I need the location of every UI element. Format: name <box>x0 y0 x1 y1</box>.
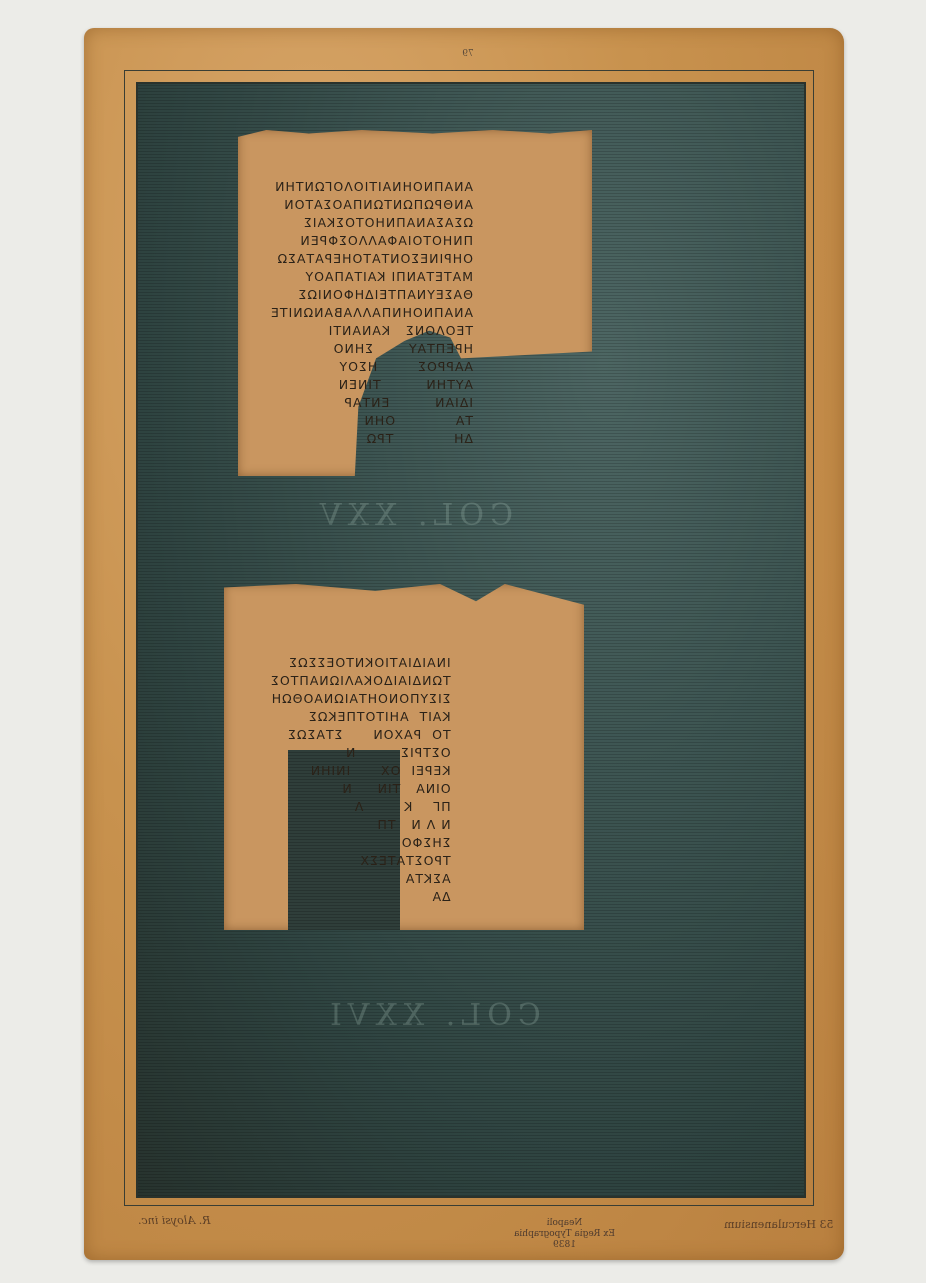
fragment-lower-text: ΙΝΑΙΔΙΑΤΙΟΚΝΤΟΕΣΣΩΣ ΤΩΝΔΙΑΙΔΟΚΑΛΙΩΝΑΠΤΟΣ… <box>270 654 451 906</box>
fragment-upper-text: ΑΝΑΠΝΟΗΝΑΙΤΙΟΛΟΓΩΝΤΗΝ ΑΝΘΡΩΠΩΝΤΩΝΠΑΟΣΑΤΟ… <box>270 178 473 448</box>
imprint-line: Neapoli <box>514 1218 615 1229</box>
column-mark-lower: COL. XXVI <box>324 998 541 1033</box>
plate-id: 53 Herculanensium <box>724 1218 834 1231</box>
plate-number: 79 <box>458 49 478 59</box>
column-mark-upper: COL. XXV <box>314 498 513 533</box>
copper-plate: 79 ΑΝΑΠΝΟΗΝΑΙΤΙΟΛΟΓΩΝΤΗΝ ΑΝΘΡΩΠΩΝΤΩΝΠΑΟΣ… <box>84 28 844 1260</box>
imprint-line: 1839 <box>514 1240 615 1251</box>
engraver-signature: R. Aloysi inc. <box>138 1214 211 1227</box>
publisher-imprint: Neapoli Ex Regia Typographia 1839 <box>514 1218 615 1251</box>
imprint-line: Ex Regia Typographia <box>514 1229 615 1240</box>
